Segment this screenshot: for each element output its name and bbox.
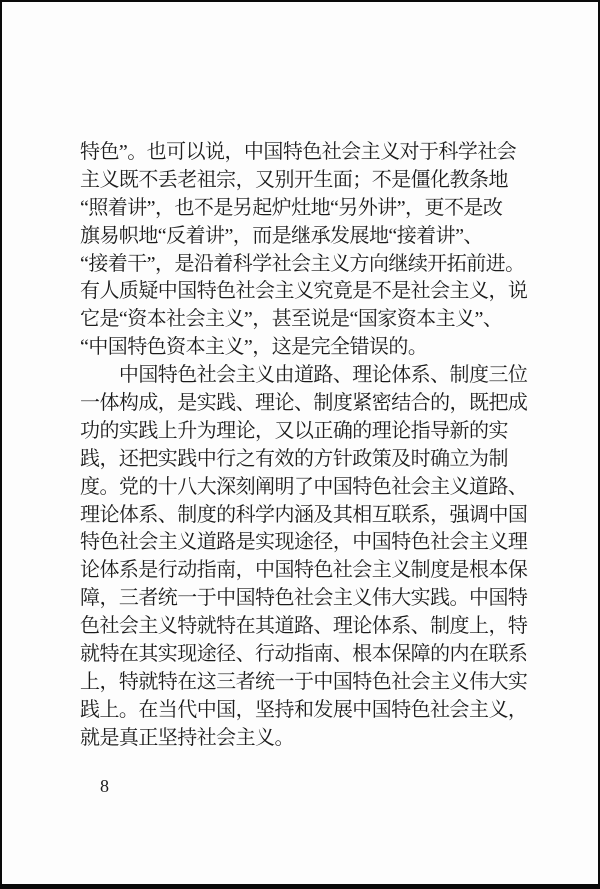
text-line: 就特在其实现途径、行动指南、根本保障的内在联系 (80, 641, 532, 669)
text-line: 一体构成，是实践、理论、制度紧密结合的，既把成 (80, 390, 532, 418)
page-number: 8 (100, 775, 109, 797)
text-line: “接着干”，是沿着科学社会主义方向继续开拓前进。 (80, 251, 532, 279)
text-line: 践，还把实践中行之有效的方针政策及时确立为制 (80, 446, 532, 474)
scan-edge-top (0, 0, 600, 2)
text-line: 论体系是行动指南，中国特色社会主义制度是根本保 (80, 557, 532, 585)
text-line: 度。党的十八大深刻阐明了中国特色社会主义道路、 (80, 474, 532, 502)
page-text: 特色”。也可以说，中国特色社会主义对于科学社会 主义既不丢老祖宗，又别开生面；不… (80, 139, 532, 753)
text-line: “照着讲”，也不是另起炉灶地“另外讲”，更不是改 (80, 195, 532, 223)
scan-edge-bottom (0, 884, 600, 889)
text-line: 有人质疑中国特色社会主义究竟是不是社会主义，说 (80, 278, 532, 306)
text-line: 就是真正坚持社会主义。 (80, 725, 532, 753)
text-line: 它是“资本社会主义”，甚至说是“国家资本主义”、 (80, 306, 532, 334)
text-line: 功的实践上升为理论，又以正确的理论指导新的实 (80, 418, 532, 446)
text-line: 障，三者统一于中国特色社会主义伟大实践。中国特 (80, 585, 532, 613)
text-line: 理论体系、制度的科学内涵及其相互联系，强调中国 (80, 502, 532, 530)
text-line: 主义既不丢老祖宗，又别开生面；不是僵化教条地 (80, 167, 532, 195)
text-line: 践上。在当代中国，坚持和发展中国特色社会主义， (80, 697, 532, 725)
text-line: 上，特就特在这三者统一于中国特色社会主义伟大实 (80, 669, 532, 697)
text-line: 特色”。也可以说，中国特色社会主义对于科学社会 (80, 139, 532, 167)
text-line: 旗易帜地“反着讲”，而是继承发展地“接着讲”、 (80, 223, 532, 251)
book-page: 特色”。也可以说，中国特色社会主义对于科学社会 主义既不丢老祖宗，又别开生面；不… (0, 0, 600, 889)
scan-edge-left (0, 0, 2, 889)
text-line: 特色社会主义道路是实现途径，中国特色社会主义理 (80, 529, 532, 557)
text-line: “中国特色资本主义”，这是完全错误的。 (80, 334, 532, 362)
text-line: 中国特色社会主义由道路、理论体系、制度三位 (80, 362, 532, 390)
text-line: 色社会主义特就特在其道路、理论体系、制度上，特 (80, 613, 532, 641)
